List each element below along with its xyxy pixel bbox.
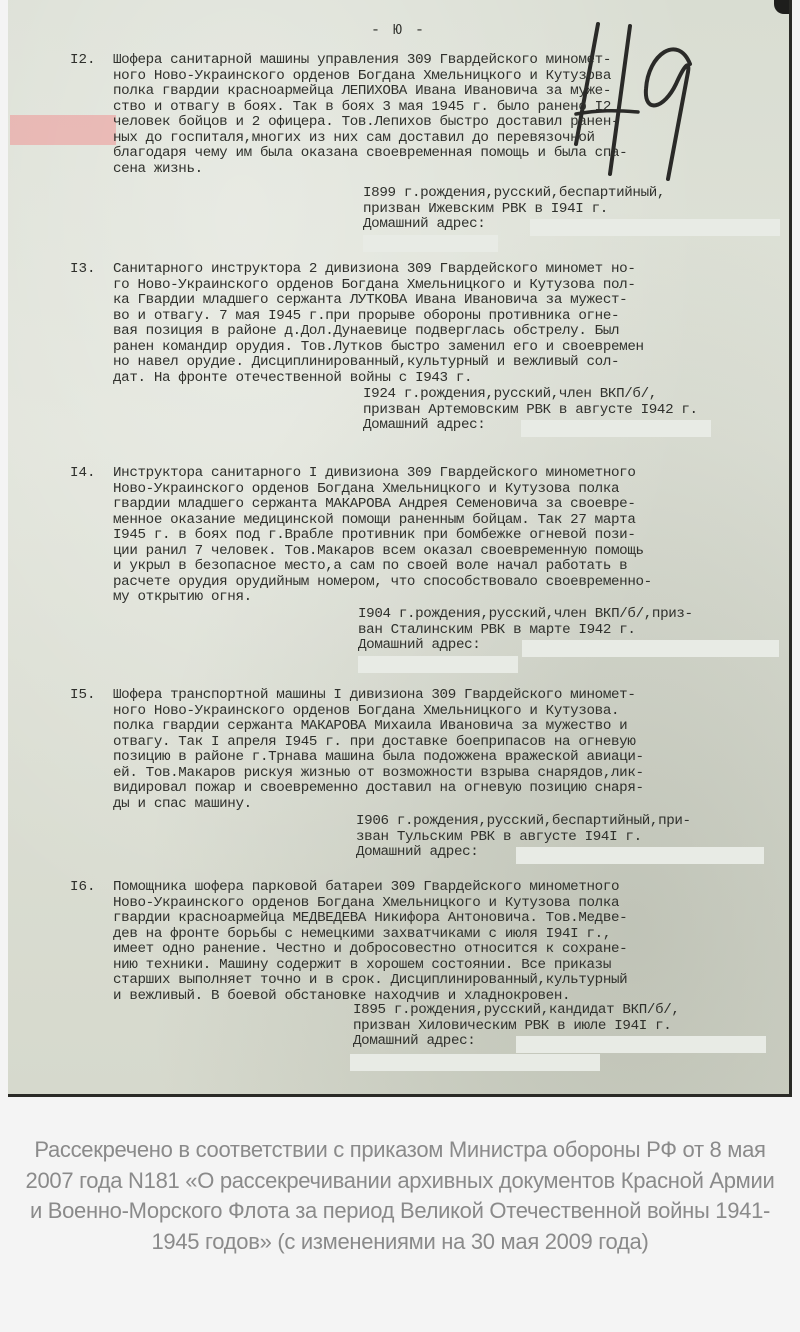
entry-number: I2.: [70, 53, 96, 69]
page-number: - Ю -: [8, 22, 789, 39]
entry-number: I5.: [70, 688, 96, 704]
redacted-address: [521, 420, 711, 437]
entry-text: Шофера санитарной машины управления 309 …: [113, 53, 783, 177]
redacted-address: [522, 640, 779, 657]
entry-number: I3.: [70, 262, 96, 278]
entry-text: Инструктора санитарного I дивизиона 309 …: [113, 466, 783, 606]
redacted-address: [363, 235, 498, 252]
redacted-address: [358, 656, 518, 673]
entry-text: Санитарного инструктора 2 дивизиона 309 …: [113, 262, 783, 386]
declassification-caption: Рассекречено в соответствии с приказом М…: [20, 1135, 780, 1257]
scanned-document: - Ю - I2. Шофера санитарной машины управ…: [8, 0, 792, 1097]
redacted-address: [530, 219, 780, 236]
entry-text: Помощника шофера парковой батареи 309 Гв…: [113, 880, 783, 1004]
red-highlight-mark: [10, 115, 116, 145]
entry-text: Шофера транспортной машины I дивизиона 3…: [113, 688, 783, 812]
redacted-address: [516, 1036, 766, 1053]
redacted-address: [350, 1054, 600, 1071]
entry-number: I6.: [70, 880, 96, 896]
scan-corner-shadow: [774, 0, 792, 14]
entry-number: I4.: [70, 466, 96, 482]
redacted-address: [516, 847, 764, 864]
